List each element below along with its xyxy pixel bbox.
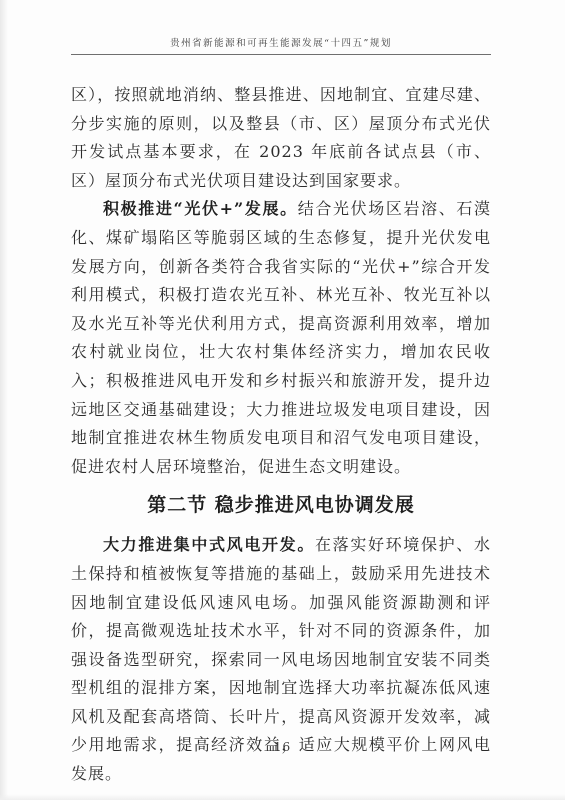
paragraph-pv-plus-lead: 积极推进“光伏+”发展。 — [103, 199, 298, 218]
paragraph-pv-plus: 积极推进“光伏+”发展。结合光伏场区岩溶、石漠化、煤矿塌陷区等脆弱区域的生态修复… — [71, 195, 491, 481]
section-heading: 第二节 稳步推进风电协调发展 — [71, 491, 491, 519]
paragraph-continuation: 区），按照就地消纳、整县推进、因地制宜、宜建尽建、分步实施的原则，以及整县（市、… — [71, 81, 491, 195]
page-content: 区），按照就地消纳、整县推进、因地制宜、宜建尽建、分步实施的原则，以及整县（市、… — [71, 81, 491, 789]
page-header: 贵州省新能源和可再生能源发展“十四五”规划 — [71, 35, 491, 55]
paragraph-pv-plus-body: 结合光伏场区岩溶、石漠化、煤矿塌陷区等脆弱区域的生态修复，提升光伏发电发展方向，… — [71, 199, 491, 475]
header-title: 贵州省新能源和可再生能源发展“十四五”规划 — [170, 38, 392, 49]
paragraph-wind-power-lead: 大力推进集中式风电开发。 — [103, 535, 315, 554]
document-page: 贵州省新能源和可再生能源发展“十四五”规划 区），按照就地消纳、整县推进、因地制… — [0, 0, 565, 800]
page-footer: 16 — [0, 736, 565, 755]
page-number: 16 — [274, 740, 291, 754]
